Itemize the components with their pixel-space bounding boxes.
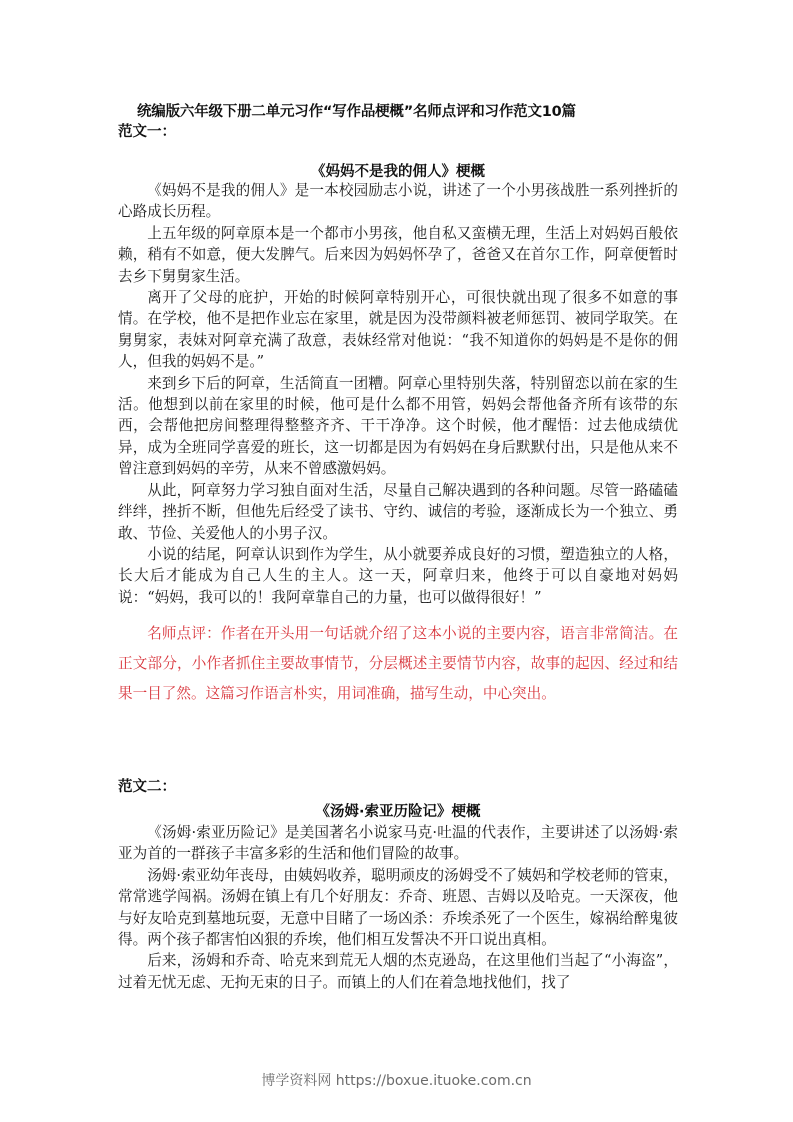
- paragraph: 《汤姆·索亚历险记》是美国著名小说家马克·吐温的代表作，主要讲述了以汤姆·索亚为…: [118, 822, 678, 865]
- paragraph: 上五年级的阿章原本是一个都市小男孩，他自私又蛮横无理，生活上对妈妈百般依赖，稍有…: [118, 223, 678, 287]
- review-text: 名师点评：作者在开头用一句话就介绍了这本小说的主要内容，语言非常简洁。在正文部分…: [118, 619, 678, 709]
- paragraph: 《妈妈不是我的佣人》是一本校园励志小说，讲述了一个小男孩战胜一系列挫折的心路成长…: [118, 180, 678, 223]
- essay1-body: 《妈妈不是我的佣人》是一本校园励志小说，讲述了一个小男孩战胜一系列挫折的心路成长…: [118, 180, 678, 608]
- essay2-label: 范文二：: [118, 775, 176, 796]
- essay1-teacher-review: 名师点评：作者在开头用一句话就介绍了这本小说的主要内容，语言非常简洁。在正文部分…: [118, 619, 678, 709]
- footer-watermark: 博学资料网 https://boxue.ituoke.com.cn: [0, 1070, 793, 1090]
- essay1-title: 《妈妈不是我的佣人》梗概: [118, 160, 678, 181]
- paragraph: 来到乡下后的阿章，生活简直一团糟。阿章心里特别失落，特别留恋以前在家的生活。他想…: [118, 373, 678, 480]
- essay1-label: 范文一：: [118, 120, 176, 141]
- paragraph: 小说的结尾，阿章认识到作为学生，从小就要养成良好的习惯，塑造独立的人格，长大后才…: [118, 544, 678, 608]
- paragraph: 汤姆·索亚幼年丧母，由姨妈收养，聪明顽皮的汤姆受不了姨妈和学校老师的管束，常常逃…: [118, 865, 678, 951]
- document-title: 统编版六年级下册二单元习作“写作品梗概”名师点评和习作范文10篇: [137, 100, 697, 121]
- document-page: 统编版六年级下册二单元习作“写作品梗概”名师点评和习作范文10篇 范文一： 《妈…: [0, 0, 793, 1122]
- essay2-body: 《汤姆·索亚历险记》是美国著名小说家马克·吐温的代表作，主要讲述了以汤姆·索亚为…: [118, 822, 678, 993]
- paragraph: 后来，汤姆和乔奇、哈克来到荒无人烟的杰克逊岛，在这里他们当起了“小海盗”，过着无…: [118, 950, 678, 993]
- paragraph: 离开了父母的庇护，开始的时候阿章特别开心，可很快就出现了很多不如意的事情。在学校…: [118, 287, 678, 373]
- essay2-title: 《汤姆·索亚历险记》梗概: [118, 800, 678, 821]
- paragraph: 从此，阿章努力学习独自面对生活，尽量自己解决遇到的各种问题。尽管一路磕磕绊绊，挫…: [118, 480, 678, 544]
